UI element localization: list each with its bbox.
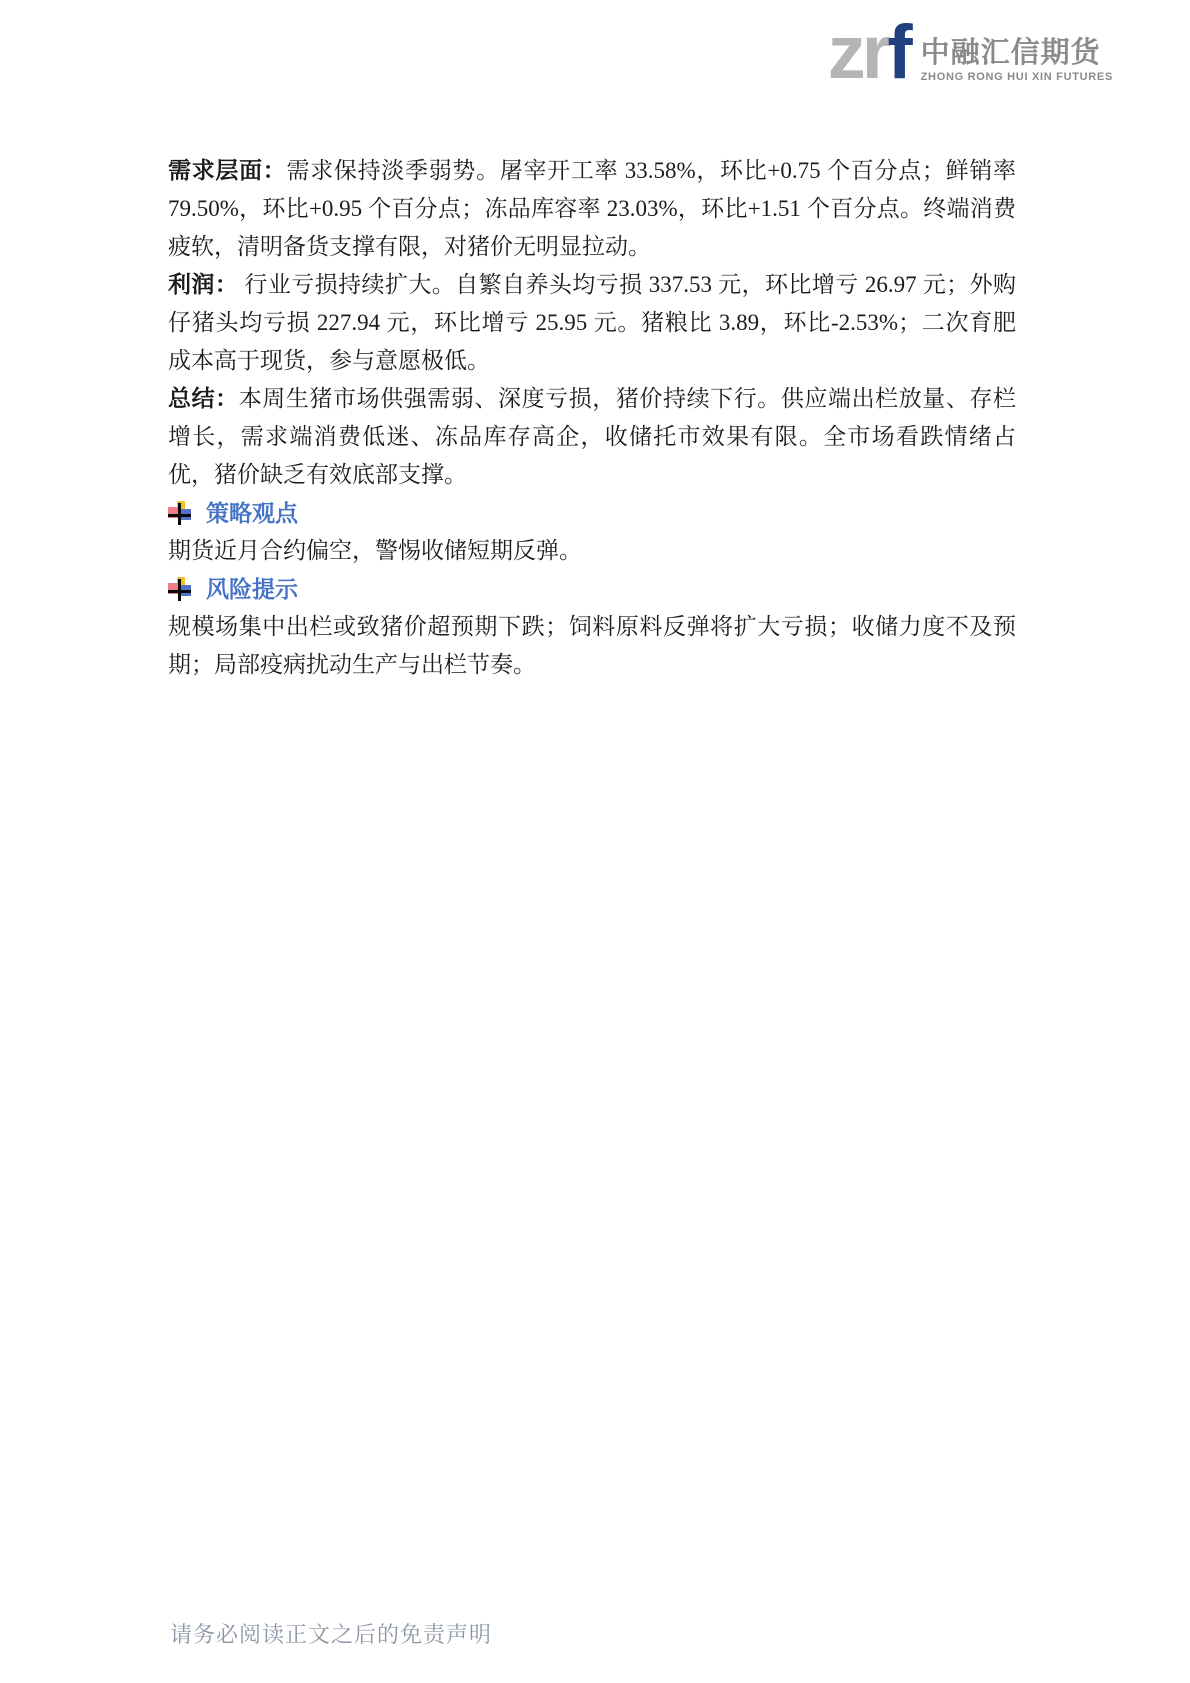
paragraph-profit-text: 行业亏损持续扩大。自繁自养头均亏损 337.53 元，环比增亏 26.97 元；…	[168, 272, 1016, 373]
company-logo: zrf 中融汇信期货 ZHONG RONG HUI XIN FUTURES	[828, 22, 1113, 84]
colored-cross-bullet-icon	[168, 577, 191, 602]
paragraph-summary-text: 本周生猪市场供强需弱、深度亏损，猪价持续下行。供应端出栏放量、存栏增长，需求端消…	[168, 386, 1016, 487]
paragraph-profit: 利润： 行业亏损持续扩大。自繁自养头均亏损 337.53 元，环比增亏 26.9…	[168, 266, 1016, 380]
paragraph-profit-lead: 利润：	[168, 272, 238, 297]
logo-wordmark-blue: f	[887, 10, 908, 95]
paragraph-summary-lead: 总结：	[168, 386, 239, 411]
section-strategy-title: 策略观点	[206, 494, 298, 532]
footer-disclaimer: 请务必阅读正文之后的免责声明	[170, 1618, 492, 1649]
report-page: zrf 中融汇信期货 ZHONG RONG HUI XIN FUTURES 需求…	[0, 0, 1190, 1683]
section-risk-title: 风险提示	[206, 570, 298, 608]
paragraph-summary: 总结：本周生猪市场供强需弱、深度亏损，猪价持续下行。供应端出栏放量、存栏增长，需…	[168, 380, 1016, 494]
logo-wordmark: zrf	[828, 22, 909, 84]
report-body: 需求层面：需求保持淡季弱势。屠宰开工率 33.58%，环比+0.75 个百分点；…	[168, 152, 1016, 684]
colored-cross-bullet-icon	[168, 501, 191, 526]
paragraph-demand-lead: 需求层面：	[168, 158, 287, 183]
logo-text-block: 中融汇信期货 ZHONG RONG HUI XIN FUTURES	[921, 38, 1113, 84]
logo-wordmark-gray: zr	[828, 10, 888, 95]
section-strategy-heading: 策略观点	[168, 494, 1016, 532]
section-strategy-text: 期货近月合约偏空，警惕收储短期反弹。	[168, 532, 1016, 570]
section-risk-text: 规模场集中出栏或致猪价超预期下跌；饲料原料反弹将扩大亏损；收储力度不及预期；局部…	[168, 608, 1016, 684]
company-name-cn: 中融汇信期货	[921, 38, 1113, 68]
section-risk-heading: 风险提示	[168, 570, 1016, 608]
paragraph-demand-text: 需求保持淡季弱势。屠宰开工率 33.58%，环比+0.75 个百分点；鲜销率 7…	[168, 158, 1016, 259]
paragraph-demand: 需求层面：需求保持淡季弱势。屠宰开工率 33.58%，环比+0.75 个百分点；…	[168, 152, 1016, 266]
company-name-en: ZHONG RONG HUI XIN FUTURES	[921, 71, 1113, 83]
